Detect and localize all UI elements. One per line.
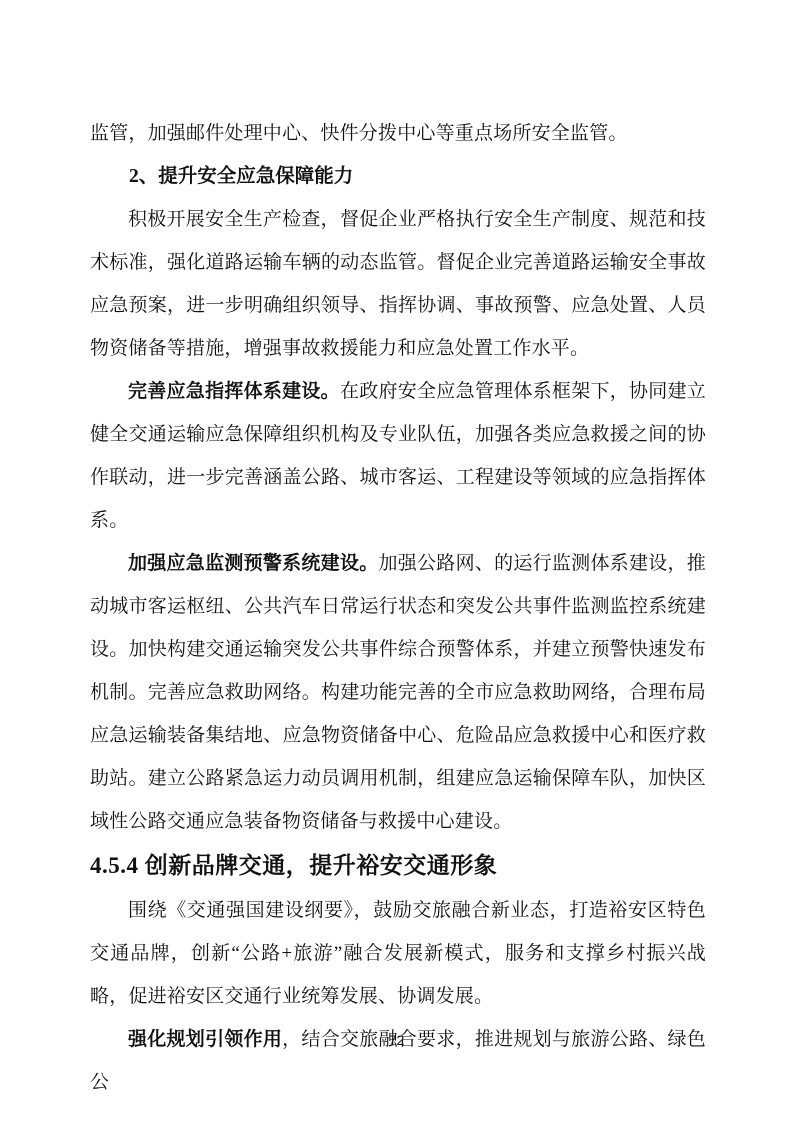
section-heading-4-5-4: 4.5.4 创新品牌交通，提升裕安交通形象 (90, 843, 706, 889)
paragraph-command-system: 完善应急指挥体系建设。在政府安全应急管理体系框架下，协同建立健全交通运输应急保障… (90, 370, 706, 542)
paragraph-continuation-supervision: 监管，加强邮件处理中心、快件分拨中心等重点场所安全监管。 (90, 112, 706, 155)
paragraph-brand-transport: 围绕《交通强国建设纲要》，鼓励交旅融合新业态，打造裕安区特色交通品牌，创新“公路… (90, 889, 706, 1018)
document-page: 监管，加强邮件处理中心、快件分拨中心等重点场所安全监管。 2、提升安全应急保障能… (0, 0, 793, 1122)
paragraph-monitor-warning: 加强应急监测预警系统建设。加强公路网、的运行监测体系建设，推动城市客运枢纽、公共… (90, 542, 706, 843)
paragraph-command-system-bold-lead: 完善应急指挥体系建设。 (128, 381, 340, 402)
paragraph-monitor-warning-bold-lead: 加强应急监测预警系统建设。 (128, 553, 379, 574)
paragraph-monitor-warning-body: 加强公路网、的运行监测体系建设，推动城市客运枢纽、公共汽车日常运行状态和突发公共… (90, 553, 706, 832)
paragraph-safety-inspection: 积极开展安全生产检查，督促企业严格执行安全生产制度、规范和技术标准，强化道路运输… (90, 198, 706, 370)
page-number: 72 (0, 1032, 793, 1048)
paragraph-planning-lead: 强化规划引领作用，结合交旅融合要求，推进规划与旅游公路、绿色公 (90, 1018, 706, 1104)
subheading-emergency-capability: 2、提升安全应急保障能力 (90, 155, 706, 198)
paragraph-command-system-body: 在政府安全应急管理体系框架下，协同建立健全交通运输应急保障组织机构及专业队伍，加… (90, 381, 706, 531)
page-content: 监管，加强邮件处理中心、快件分拨中心等重点场所安全监管。 2、提升安全应急保障能… (90, 112, 706, 1104)
